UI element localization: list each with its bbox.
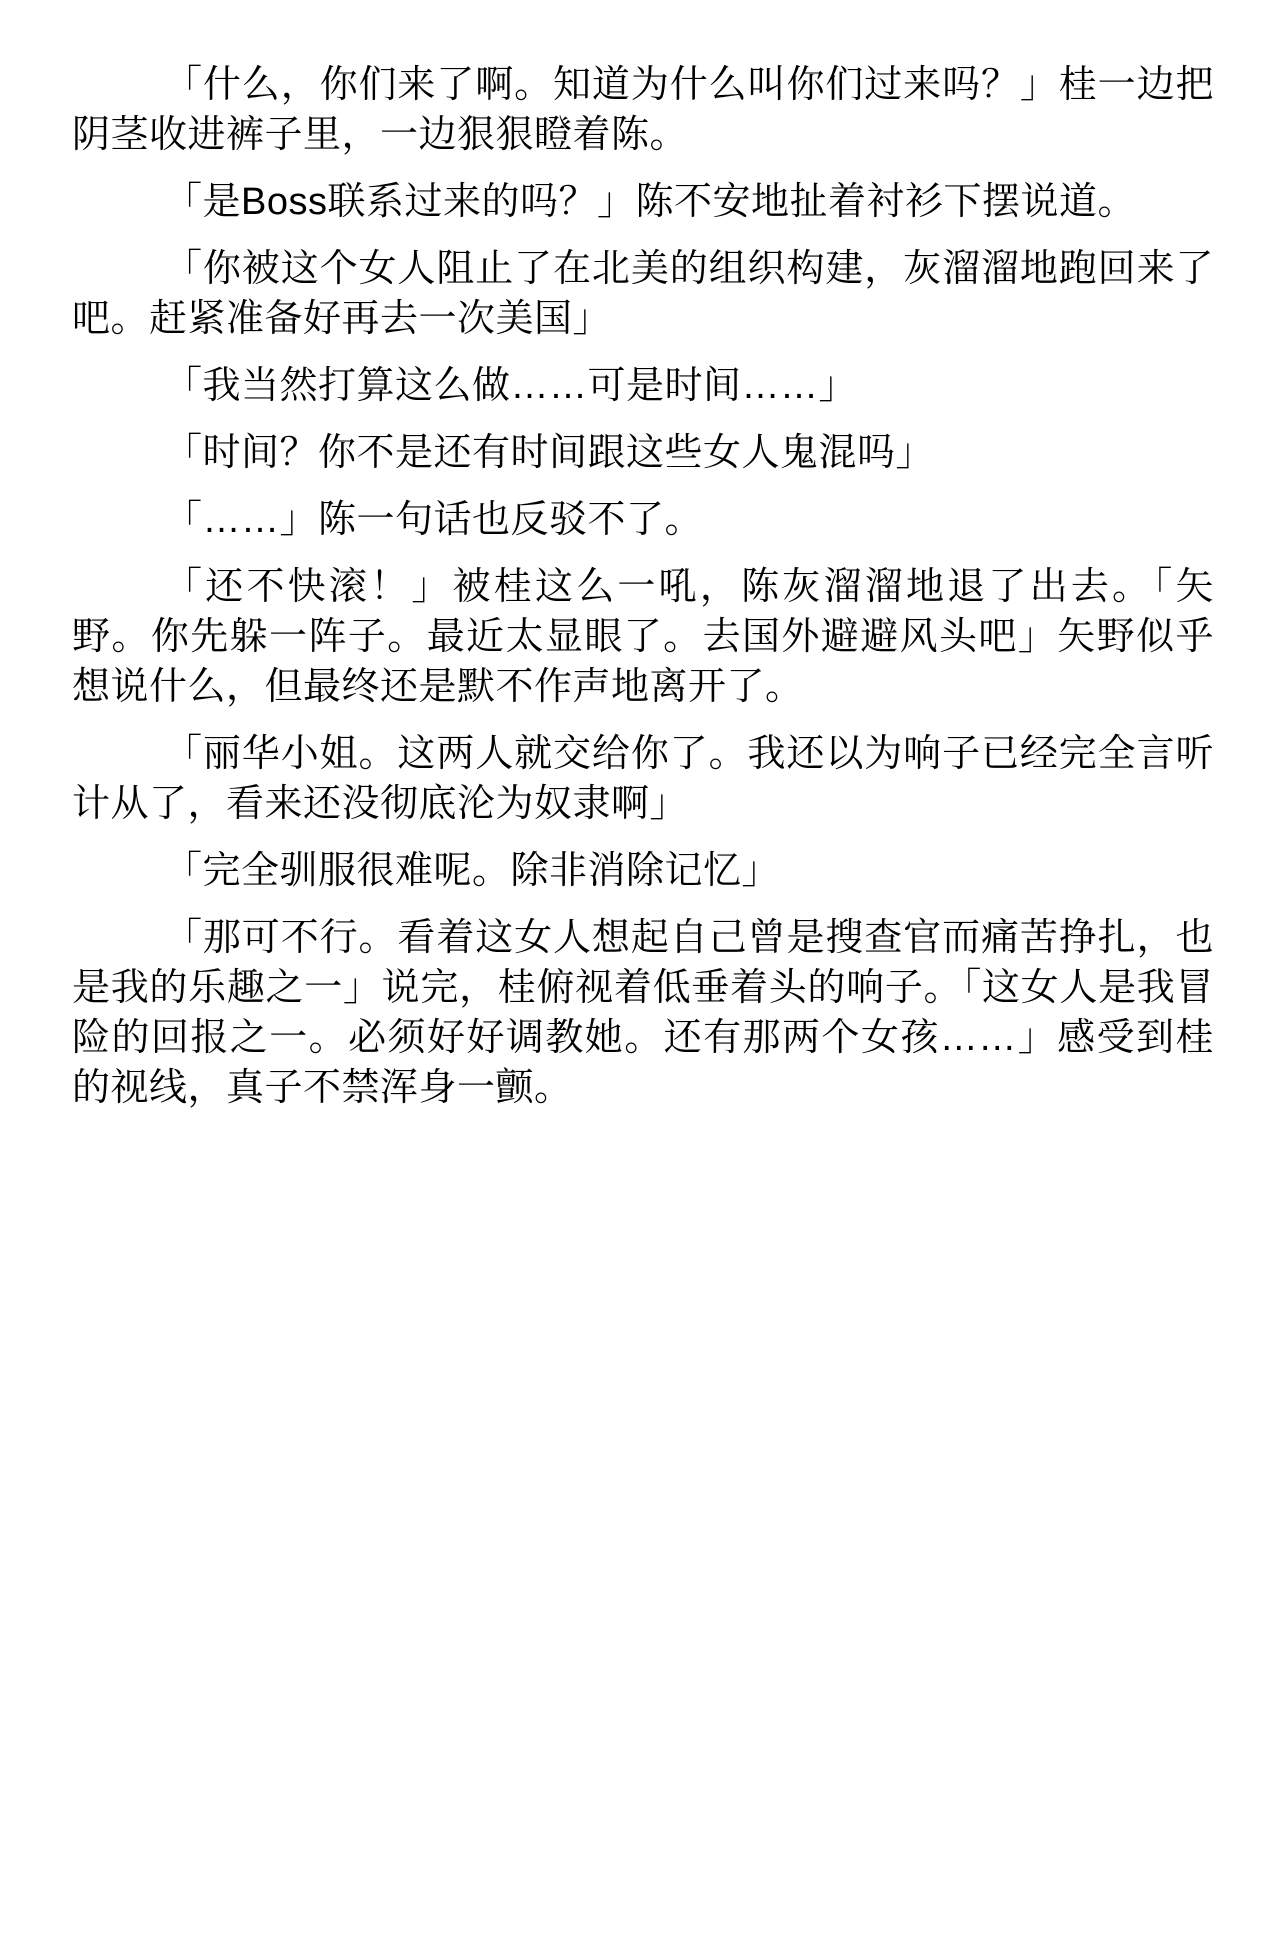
paragraph: 「丽华小姐。这两人就交给你了。我还以为响子已经完全言听计从了，看来还没彻底沦为奴… <box>72 729 1214 829</box>
paragraph: 「……」陈一句话也反驳不了。 <box>72 495 1214 545</box>
paragraph: 「什么，你们来了啊。知道为什么叫你们过来吗？」桂一边把阴茎收进裤子里，一边狠狠瞪… <box>72 60 1214 160</box>
paragraph: 「还不快滚！」被桂这么一吼，陈灰溜溜地退了出去。「矢野。你先躲一阵子。最近太显眼… <box>72 562 1214 712</box>
document-page: 「什么，你们来了啊。知道为什么叫你们过来吗？」桂一边把阴茎收进裤子里，一边狠狠瞪… <box>0 0 1280 1942</box>
paragraph: 「我当然打算这么做……可是时间……」 <box>72 361 1214 411</box>
paragraph: 「那可不行。看着这女人想起自己曾是搜查官而痛苦挣扎，也是我的乐趣之一」说完，桂俯… <box>72 913 1214 1113</box>
paragraph: 「你被这个女人阻止了在北美的组织构建，灰溜溜地跑回来了吧。赶紧准备好再去一次美国… <box>72 244 1214 344</box>
paragraph: 「时间？你不是还有时间跟这些女人鬼混吗」 <box>72 428 1214 478</box>
paragraph: 「是Boss联系过来的吗？」陈不安地扯着衬衫下摆说道。 <box>72 177 1214 227</box>
paragraph: 「完全驯服很难呢。除非消除记忆」 <box>72 846 1214 896</box>
